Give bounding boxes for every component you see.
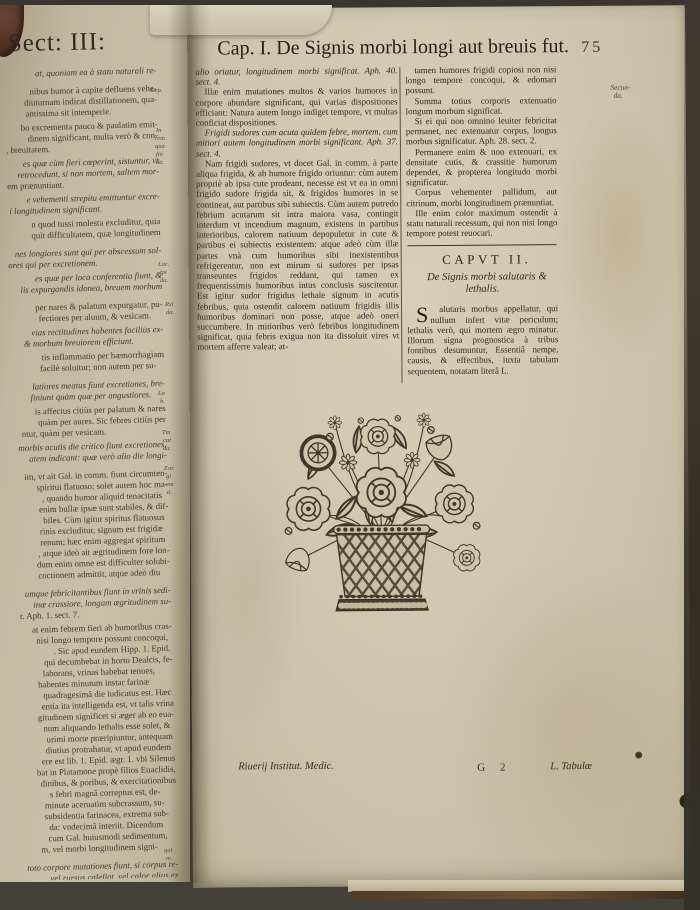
fore-edge-shadow (684, 0, 700, 910)
previous-page-margin-notes: Sæp.Inremquafinda.Luc.tpida.Rsida.Lob.Tm… (0, 5, 190, 882)
margin-note: rem (155, 135, 165, 142)
gathering-signature: G 2 (477, 762, 511, 774)
margin-note: Sæp. (150, 87, 162, 94)
margin-note: Tm (162, 429, 170, 436)
margin-note: da. (614, 92, 623, 100)
margin-note: b. (160, 398, 165, 405)
margin-note: tpi (160, 269, 167, 276)
margin-note: m. (166, 855, 172, 862)
page-block-edge-line (350, 891, 688, 899)
page: Cap. I. De Signis morbi longi aut breuis… (187, 5, 691, 887)
margin-note: Lo (158, 390, 165, 397)
margin-note: em (166, 481, 174, 488)
ink-spot (635, 752, 642, 759)
margin-note: cat (163, 437, 171, 444)
margin-note: fin (156, 151, 163, 158)
margin-note: da. (156, 159, 164, 166)
margin-note: Luc. (158, 261, 169, 268)
previous-page-leaf: I. Sect: III: at, quoniam ea à statu nat… (0, 5, 190, 882)
margin-note: da. (163, 445, 171, 452)
margin-note: qua (155, 143, 165, 150)
catchword: L. Tabulæ (550, 761, 592, 772)
flower-basket-woodcut (278, 406, 485, 623)
footer-imprint: Riuerij Institut. Medic. (238, 761, 334, 773)
margin-note: In (156, 127, 161, 134)
page-corner-curl (150, 5, 332, 35)
margin-note: Eor. (164, 465, 175, 472)
margin-note: da. (166, 309, 174, 316)
margin-note: Rsi (165, 301, 173, 308)
margin-note: qui (164, 847, 172, 854)
margin-note: gi (166, 473, 171, 480)
margin-note: da. (160, 277, 168, 284)
margin-note: ti. (167, 489, 172, 496)
book-photo: I. Sect: III: at, quoniam ea à statu nat… (0, 0, 700, 910)
